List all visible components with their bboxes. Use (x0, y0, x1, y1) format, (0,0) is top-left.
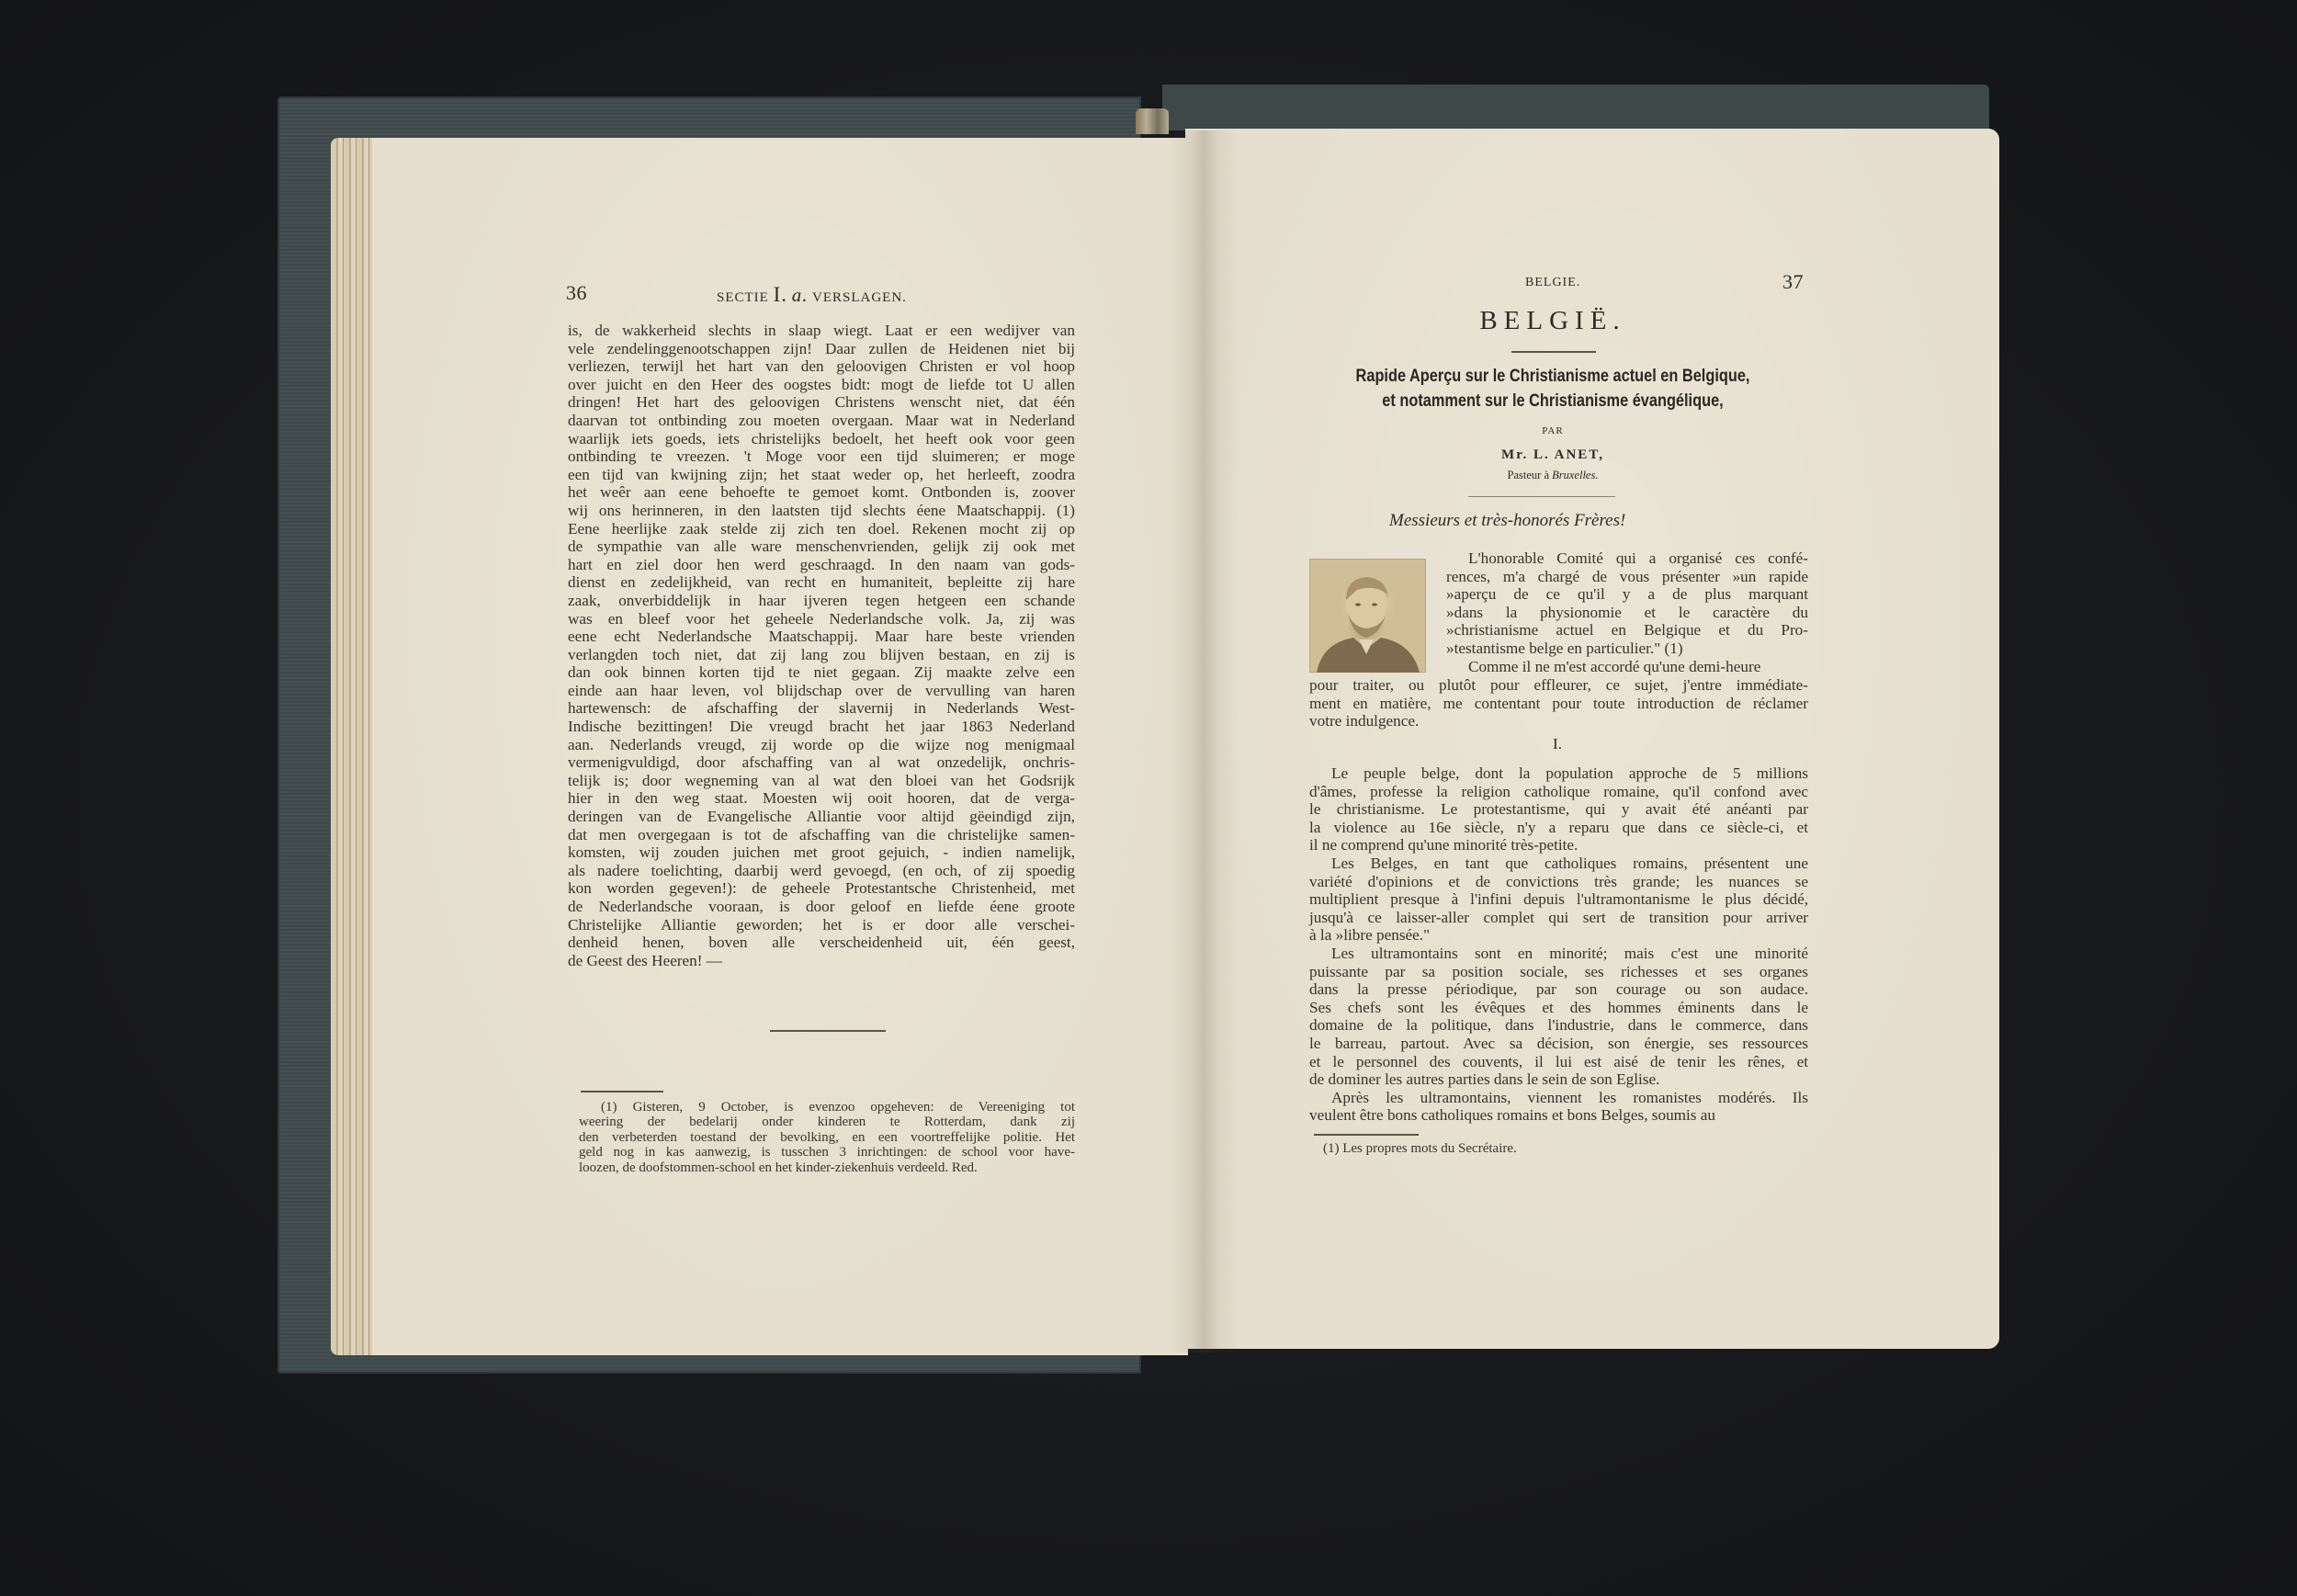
running-head-prefix: SECTIE (717, 290, 769, 305)
text-line: L'honorable Comité qui a organisé ces co… (1446, 549, 1808, 568)
subtitle-line: Rapide Aperçu sur le Christianisme actue… (1324, 364, 1782, 389)
text-line: »aperçu de ce qu'il y a de plus marquant (1446, 585, 1808, 604)
text-line: telijk is; door wegneming van al wat den… (568, 772, 1075, 790)
text-line: was en bleef voor het geheele Nederlands… (568, 610, 1075, 628)
page-number-left: 36 (566, 281, 587, 305)
text-line: een tijd van kwijning zijn; het staat we… (568, 466, 1075, 484)
text-line: votre indulgence. (1309, 712, 1808, 730)
text-line: verliezen, terwijl het hart van den gelo… (568, 357, 1075, 376)
text-line: Le peuple belge, dont la population appr… (1309, 764, 1808, 783)
footnote-rule-right (1314, 1134, 1419, 1136)
text-line: Eene heerlijke zaak stelde zij zich ten … (568, 520, 1075, 538)
text-line: Ses chefs sont les évêques et des hommes… (1309, 999, 1808, 1017)
author-portrait-photo (1309, 559, 1426, 673)
text-line: Les ultramontains sont en minorité; mais… (1309, 945, 1808, 963)
text-line: verlangden toch niet, dat zij lang zou b… (568, 646, 1075, 664)
text-line: domaine de la politique, dans l'industri… (1309, 1016, 1808, 1035)
book-spine-headband (1136, 108, 1169, 134)
text-line: rences, m'a chargé de vous présenter »un… (1446, 568, 1808, 586)
text-line: hier in den weg staat. Moesten wij ooit … (568, 789, 1075, 808)
text-line: daarvan tot ontbinding zou moeten overga… (568, 412, 1075, 430)
text-line: Après les ultramontains, viennent les ro… (1309, 1089, 1808, 1107)
subtitle-line: et notamment sur le Christianisme évangé… (1324, 389, 1782, 413)
text-line: Indische bezittingen! Die vreugd bracht … (568, 718, 1075, 736)
title-rule (1511, 351, 1596, 353)
text-line: le christianisme. Le protestantisme, qui… (1309, 800, 1808, 819)
text-line: le barreau, partout. Avec sa décision, s… (1309, 1035, 1808, 1053)
text-line: variété d'opinions et de convictions trè… (1309, 873, 1808, 891)
text-line: ment en matière, me contentant pour tout… (1309, 695, 1808, 713)
text-line: »dans la physionomie et le caractère du (1446, 604, 1808, 622)
text-line: komsten, wij zouden juichen met groot ge… (568, 843, 1075, 862)
text-line: de sympathie van alle ware menschenvrien… (568, 538, 1075, 556)
text-line: à la »libre pensée." (1309, 926, 1808, 945)
text-line: denheid henen, boven alle verscheidenhei… (568, 934, 1075, 952)
text-line: dringen! Het hart des geloovigen Christe… (568, 393, 1075, 412)
text-line: il ne comprend qu'une minorité très-peti… (1309, 836, 1808, 855)
text-line: dans la presse périodique, par son coura… (1309, 980, 1808, 999)
page-block-edges (331, 138, 375, 1355)
left-footnote: (1) Gisteren, 9 October, is evenzoo opge… (579, 1100, 1075, 1175)
text-line: multiplient presque à l'infini depuis l'… (1309, 890, 1808, 909)
text-line: Christelijke Alliantie geworden; het is … (568, 916, 1075, 934)
text-line: hart en ziel door hen werd geschraagd. I… (568, 556, 1075, 574)
text-line: den verbeterden toestand der bevolking, … (579, 1130, 1075, 1145)
text-line: de Nederlandsche vooraan, is door geloof… (568, 898, 1075, 916)
text-line: dienst en zedelijkheid, van recht en hum… (568, 573, 1075, 592)
text-line: zaak, onverbiddelijk in haar ijveren teg… (568, 592, 1075, 610)
author-rule (1468, 496, 1615, 497)
portrait-figure-icon (1309, 559, 1426, 673)
text-line: deringen van de Evangelische Alliantie v… (568, 808, 1075, 826)
running-head-left: SECTIE I. a. VERSLAGEN. (717, 283, 907, 307)
author-role: Pasteur à Bruxelles. (1452, 469, 1654, 482)
text-line: (1) Gisteren, 9 October, is evenzoo opge… (579, 1100, 1075, 1115)
text-line: vermenigvuldigd, door afschaffing van al… (568, 753, 1075, 772)
text-line: waarlijk iets goeds, iets christelijks b… (568, 430, 1075, 448)
salutation: Messieurs et très-honorés Frères! (1389, 511, 1625, 531)
text-line: de Geest des Heeren! — (568, 952, 1075, 970)
text-line: wij ons herinneren, in den laatsten tijd… (568, 502, 1075, 520)
intro-paragraph-continued: pour traiter, ou plutôt pour effleurer, … (1309, 676, 1808, 730)
running-head-numeral: I. (774, 283, 787, 306)
author-city: Bruxelles. (1552, 469, 1598, 481)
right-footnote: (1) Les propres mots du Secrétaire. (1323, 1141, 1691, 1156)
section-body-text: Le peuple belge, dont la population appr… (1309, 764, 1808, 1125)
text-line: de dominer les autres parties dans le se… (1309, 1070, 1808, 1089)
text-line: jusqu'à ce laisser-aller complet qui ser… (1309, 909, 1808, 927)
text-line: et le personnel des couvents, il lui est… (1309, 1053, 1808, 1071)
intro-paragraph: L'honorable Comité qui a organisé ces co… (1446, 549, 1808, 675)
text-line: puissante par sa position sociale, ses r… (1309, 963, 1808, 981)
text-line: »christianisme actuel en Belgique et du … (1446, 621, 1808, 640)
text-line: loozen, de doofstommen-school en het kin… (579, 1160, 1075, 1175)
text-line: als nadere toelichting, daarbij werd gev… (568, 862, 1075, 880)
text-line: eene echt Nederlandsche Maatschappij. Ma… (568, 628, 1075, 646)
text-line: dat men overgegaan is tot de afschaffing… (568, 826, 1075, 844)
footnote-rule-left (581, 1091, 663, 1092)
chapter-title: BELGIË. (1452, 306, 1654, 336)
text-line: hartewensch: de afschaffing der slaverni… (568, 699, 1075, 718)
text-line: d'âmes, professe la religion catholique … (1309, 783, 1808, 801)
text-line: is, de wakkerheid slechts in slaap wiegt… (568, 322, 1075, 340)
text-line: over juicht en den Heer des oogstes bidt… (568, 376, 1075, 394)
section-numeral: I. (1539, 735, 1576, 753)
text-line: dan ook binnen korten tijd te niet gegaa… (568, 663, 1075, 682)
text-line: la violence au 16e siècle, n'y a reparu … (1309, 819, 1808, 837)
running-head-suffix: VERSLAGEN. (812, 290, 907, 305)
running-head-right: BELGIE. (1525, 276, 1580, 290)
text-line: veulent être bons catholiques romains et… (1309, 1106, 1808, 1125)
author-name: Mr. L. ANET, (1433, 447, 1672, 463)
text-line: weering der bedelarij onder kinderen te … (579, 1115, 1075, 1129)
text-line: »testantisme belge en particulier." (1) (1446, 640, 1808, 658)
text-line: ontbinding te vreezen. 't Moge voor een … (568, 447, 1075, 466)
page-number-right: 37 (1782, 270, 1804, 294)
text-line: het weêr aan eene behoefte te gemoet kom… (568, 483, 1075, 502)
text-line: Comme il ne m'est accordé qu'une demi-he… (1446, 658, 1808, 676)
text-line: aan. Nederlands vreugd, zij worde op die… (568, 736, 1075, 754)
author-role-text: Pasteur à (1508, 469, 1549, 481)
chapter-subtitle: Rapide Aperçu sur le Christianisme actue… (1324, 364, 1782, 413)
running-head-letter: a. (792, 284, 809, 306)
section-divider (770, 1030, 886, 1032)
text-line: geld nog in kas aanwezig, is tusschen 3 … (579, 1145, 1075, 1160)
book-cover-right (1162, 85, 1989, 130)
text-line: kon worden gegeven!): de geheele Protest… (568, 879, 1075, 898)
text-line: pour traiter, ou plutôt pour effleurer, … (1309, 676, 1808, 695)
text-line: einde aan haar leven, vol blijdschap ove… (568, 682, 1075, 700)
text-line: vele zendelinggenootschappen zijn! Daar … (568, 340, 1075, 358)
by-label: PAR (1507, 425, 1599, 436)
text-line: Les Belges, en tant que catholiques roma… (1309, 855, 1808, 873)
left-body-text: is, de wakkerheid slechts in slaap wiegt… (568, 322, 1075, 969)
